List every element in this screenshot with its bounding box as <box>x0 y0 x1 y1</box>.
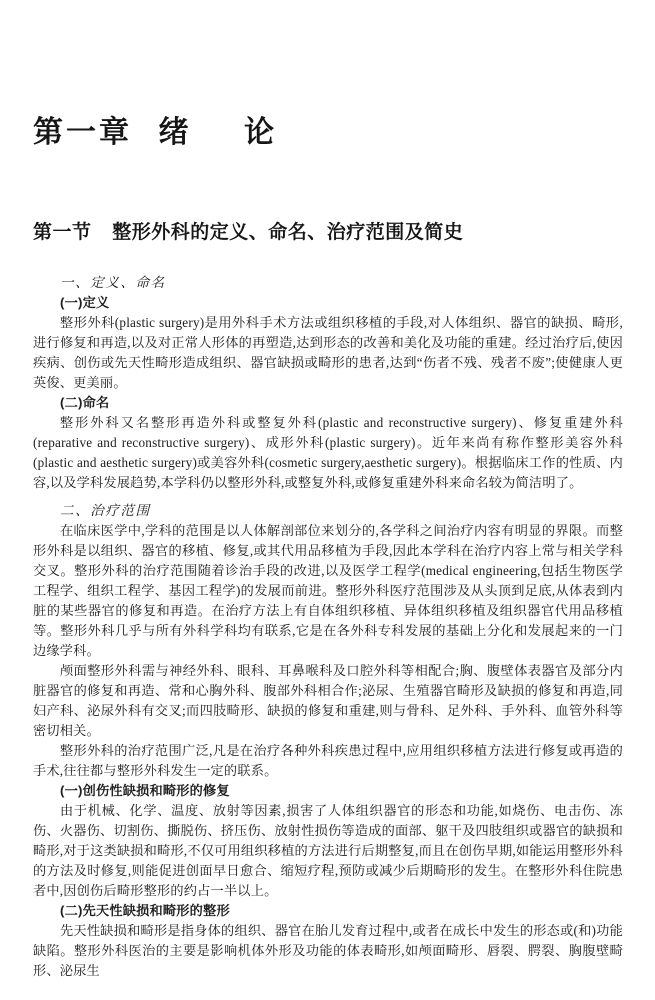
subheading-definition: (一)定义 <box>33 293 623 313</box>
section-heading: 第一节 整形外科的定义、命名、治疗范围及简史 <box>33 220 623 245</box>
section-title-text: 整形外科的定义、命名、治疗范围及简史 <box>112 222 463 243</box>
subheading-congenital-defects: (二)先天性缺损和畸形的整形 <box>33 901 623 921</box>
chapter-number: 第一章 <box>33 116 132 149</box>
subheading-naming: (二)命名 <box>33 393 623 413</box>
body-paragraph: 在临床医学中,学科的范围是以人体解剖部位来划分的,各学科之间治疗内容有明显的界限… <box>33 521 623 661</box>
subsection-heading-treatment-scope: 二、治疗范围 <box>33 501 623 521</box>
subsection-heading-definition-naming: 一、定义、命名 <box>33 273 623 293</box>
body-paragraph: 由于机械、化学、温度、放射等因素,损害了人体组织器官的形态和功能,如烧伤、电击伤… <box>33 801 623 901</box>
chapter-heading: 第一章 绪 论 <box>33 113 623 153</box>
book-page: 第一章 绪 论 第一节 整形外科的定义、命名、治疗范围及简史 一、定义、命名 (… <box>0 0 655 1000</box>
body-paragraph: 颅面整形外科需与神经外科、眼科、耳鼻喉科及口腔外科等相配合;胸、腹壁体表器官及部… <box>33 661 623 741</box>
subheading-traumatic-defects: (一)创伤性缺损和畸形的修复 <box>33 781 623 801</box>
body-paragraph: 整形外科(plastic surgery)是用外科手术方法或组织移植的手段,对人… <box>33 313 623 393</box>
page-content: 一、定义、命名 (一)定义 整形外科(plastic surgery)是用外科手… <box>33 273 623 981</box>
chapter-title-char-1: 绪 <box>159 116 192 149</box>
section-number: 第一节 <box>33 222 92 243</box>
body-paragraph: 先天性缺损和畸形是指身体的组织、器官在胎儿发育过程中,或者在成长中发生的形态或(… <box>33 921 623 981</box>
chapter-title-char-2: 论 <box>244 116 277 149</box>
body-paragraph: 整形外科的治疗范围广泛,凡是在治疗各种外科疾患过程中,应用组织移植方法进行修复或… <box>33 741 623 781</box>
body-paragraph: 整形外科又名整形再造外科或整复外科(plastic and reconstruc… <box>33 413 623 493</box>
